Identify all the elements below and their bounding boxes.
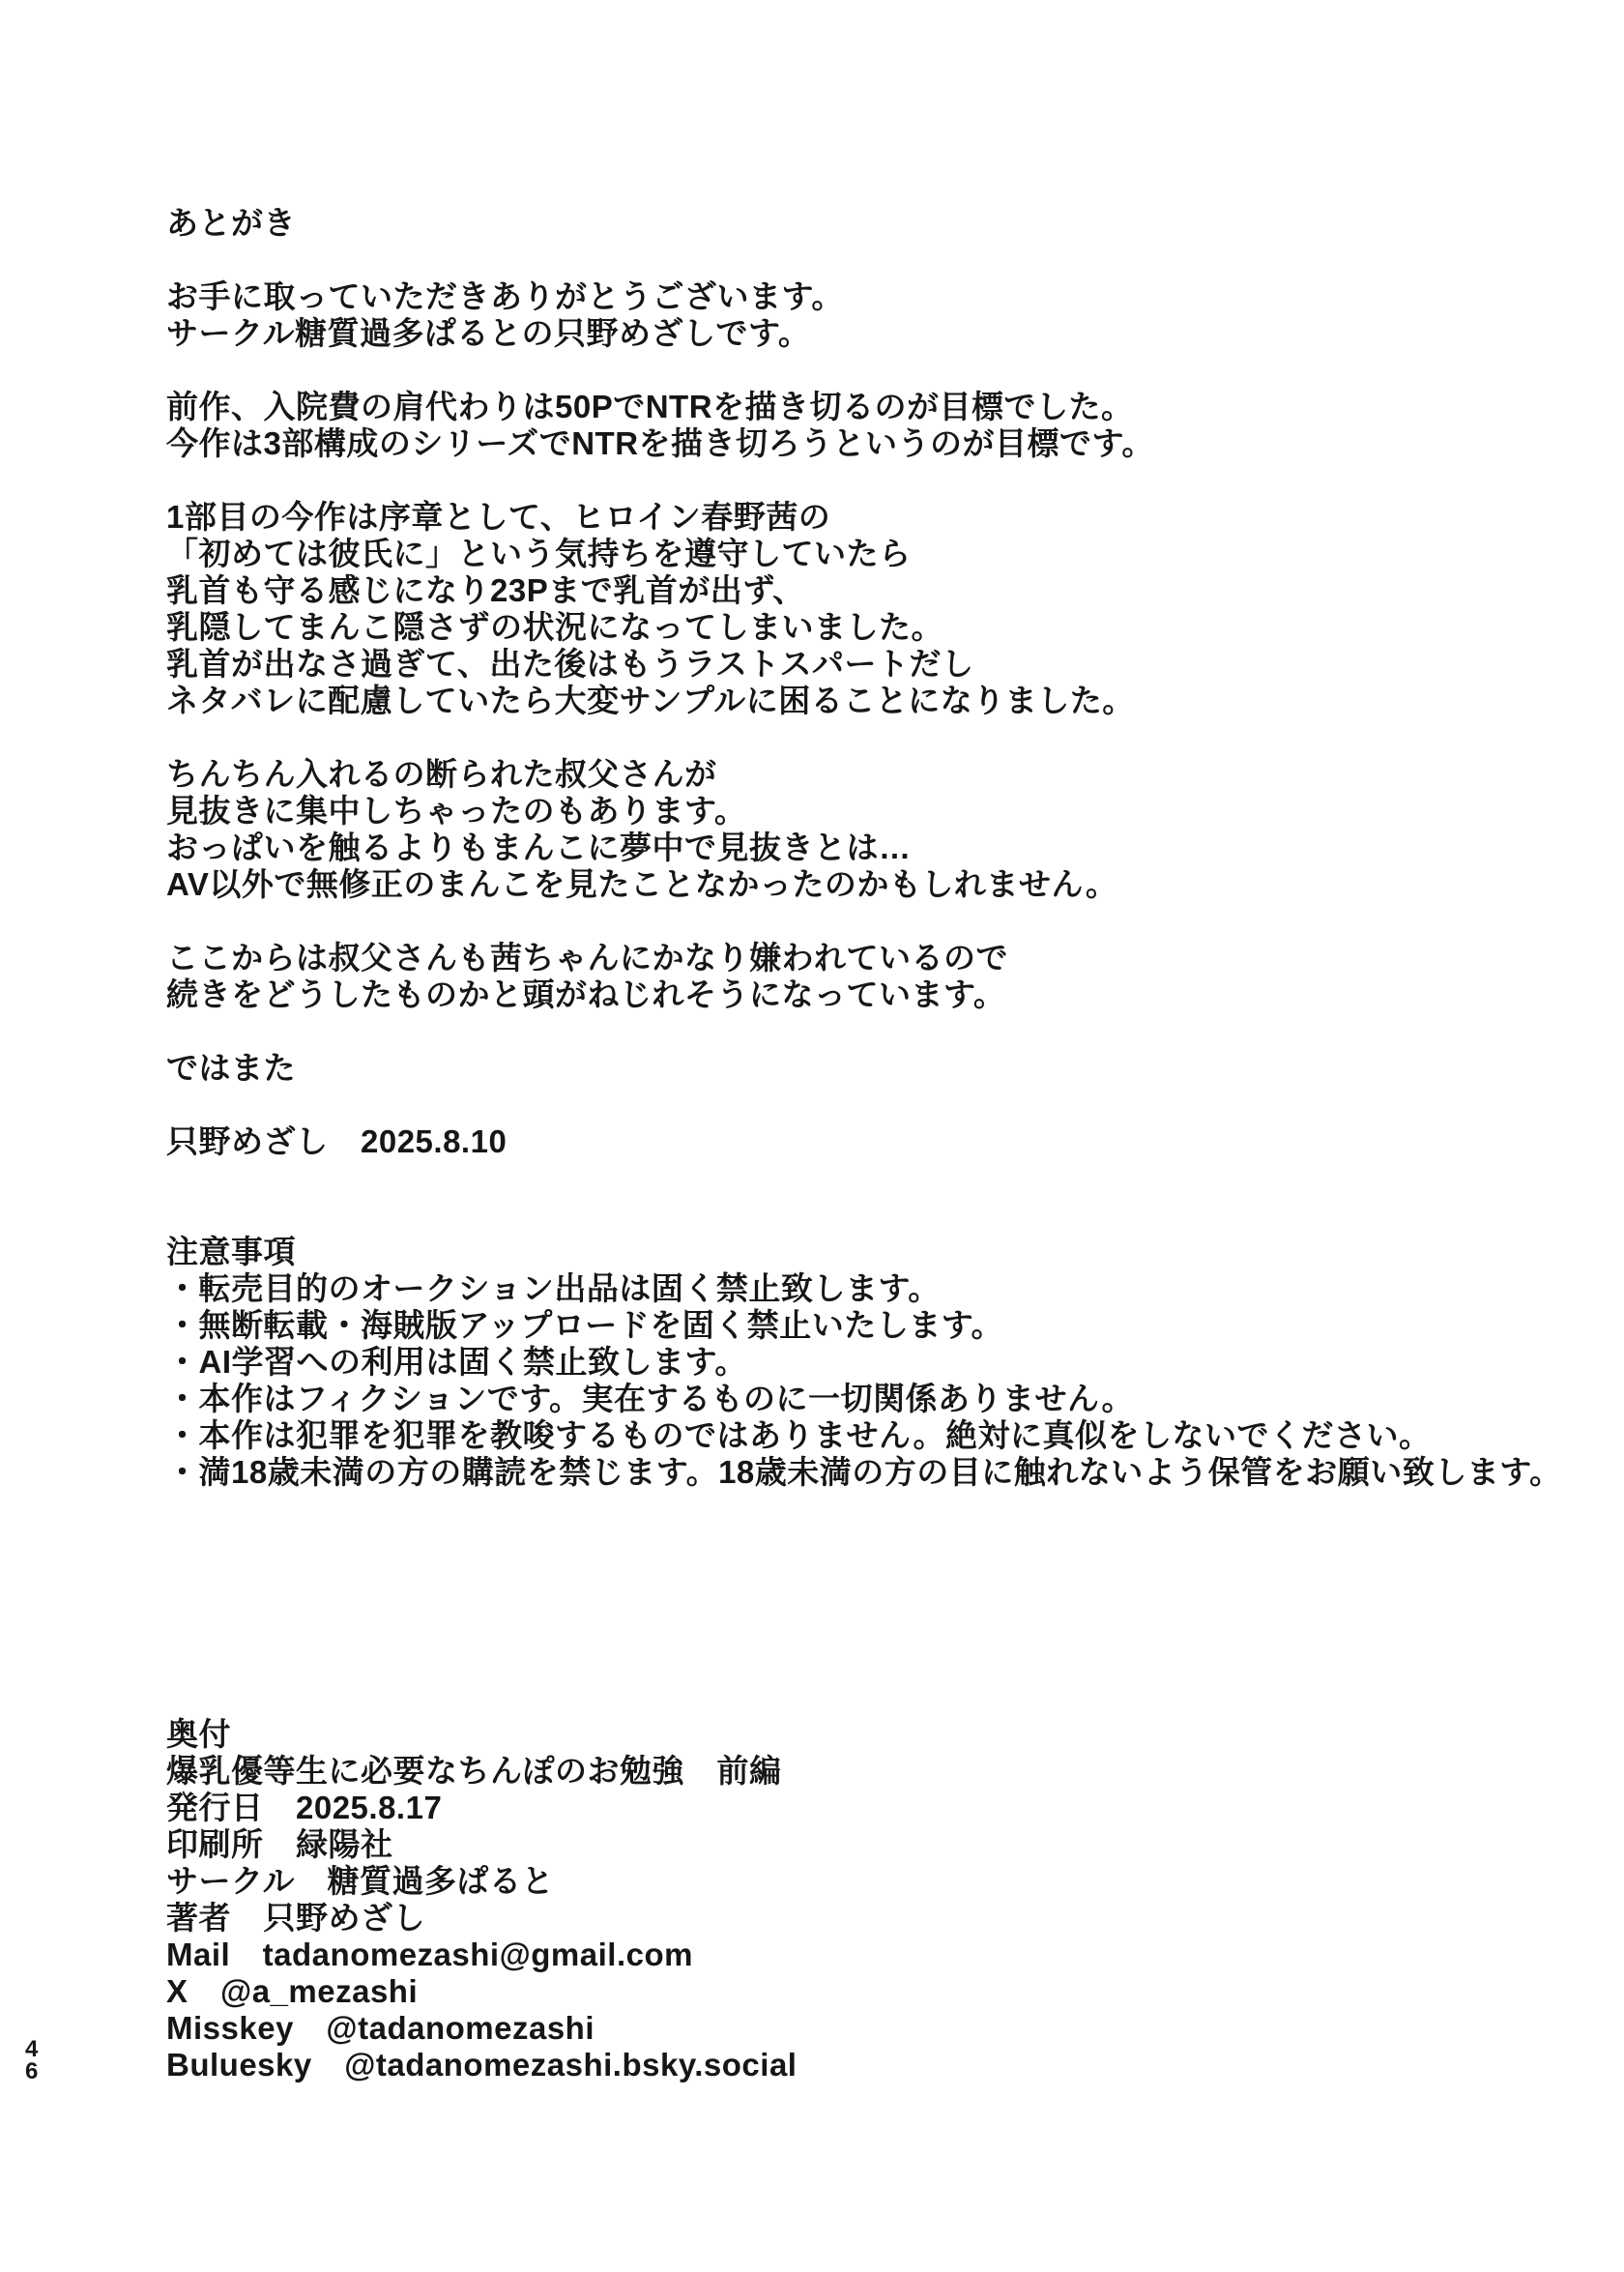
afterword-line: サークル糖質過多ぱるとの只野めざしです。 [166,315,1566,352]
notice-item: ・本作は犯罪を犯罪を教唆するものではありません。絶対に真似をしないでください。 [166,1417,1566,1454]
afterword-line: 乳隠してまんこ隠さずの状況になってしまいました。 [166,609,1566,646]
colophon-circle: サークル 糖質過多ぱると [166,1863,1566,1900]
afterword-closing: ではまた [166,1050,1566,1087]
afterword-line: おっぱいを触るよりもまんこに夢中で見抜きとは… [166,830,1566,866]
colophon-author: 著者 只野めざし [166,1900,1566,1937]
afterword-line: 続きをどうしたものかと頭がねじれそうになっています。 [166,976,1566,1013]
notice-item: ・本作はフィクションです。実在するものに一切関係ありません。 [166,1381,1566,1417]
colophon-publish-date: 発行日 2025.8.17 [166,1790,1566,1826]
afterword-paragraph: 前作、入院費の肩代わりは50PでNTRを描き切るのが目標でした。 今作は3部構成… [166,389,1566,462]
page-number-digit: 4 [25,2038,38,2060]
notices-title: 注意事項 [166,1234,1566,1270]
colophon-title: 奥付 [166,1716,1566,1753]
notice-item: ・AI学習への利用は固く禁止致します。 [166,1344,1566,1381]
contact-bluesky: Buluesky @tadanomezashi.bsky.social [166,2047,1566,2083]
afterword-line: 「初めては彼氏に」という気持ちを遵守していたら [166,536,1566,572]
afterword-line: 1部目の今作は序章として、ヒロイン春野茜の [166,499,1566,536]
contact-misskey: Misskey @tadanomezashi [166,2010,1566,2047]
afterword-line: お手に取っていただきありがとうございます。 [166,278,1566,315]
page-number: 4 6 [25,2038,38,2083]
afterword-section: あとがき お手に取っていただきありがとうございます。 サークル糖質過多ぱるとの只… [166,205,1566,1160]
notice-item: ・無断転載・海賊版アップロードを固く禁止いたします。 [166,1307,1566,1344]
afterword-line: 見抜きに集中しちゃったのもあります。 [166,793,1566,830]
contact-mail: Mail tadanomezashi@gmail.com [166,1937,1566,1973]
afterword-title: あとがき [166,205,1566,242]
colophon-printer: 印刷所 緑陽社 [166,1826,1566,1863]
afterword-paragraph: ここからは叔父さんも茜ちゃんにかなり嫌われているので 続きをどうしたものかと頭が… [166,940,1566,1013]
afterword-line: 乳首が出なさ過ぎて、出た後はもうラストスパートだし [166,646,1566,683]
afterword-line: ネタバレに配慮していたら大変サンプルに困ることになりました。 [166,683,1566,719]
afterword-line: 乳首も守る感じになり23Pまで乳首が出ず、 [166,572,1566,609]
afterword-line: 前作、入院費の肩代わりは50PでNTRを描き切るのが目標でした。 [166,389,1566,425]
page-number-digit: 6 [25,2060,38,2083]
notices-section: 注意事項 ・転売目的のオークション出品は固く禁止致します。 ・無断転載・海賊版ア… [166,1234,1566,1491]
manga-afterword-page: あとがき お手に取っていただきありがとうございます。 サークル糖質過多ぱるとの只… [0,0,1624,2272]
colophon-section: 奥付 爆乳優等生に必要なちんぽのお勉強 前編 発行日 2025.8.17 印刷所… [166,1716,1566,2083]
afterword-line: ちんちん入れるの断られた叔父さんが [166,756,1566,793]
notice-item: ・転売目的のオークション出品は固く禁止致します。 [166,1270,1566,1307]
afterword-line: AV以外で無修正のまんこを見たことなかったのかもしれません。 [166,866,1566,903]
afterword-line: 今作は3部構成のシリーズでNTRを描き切ろうというのが目標です。 [166,425,1566,462]
afterword-paragraph: 1部目の今作は序章として、ヒロイン春野茜の 「初めては彼氏に」という気持ちを遵守… [166,499,1566,719]
afterword-line: ここからは叔父さんも茜ちゃんにかなり嫌われているので [166,940,1566,976]
afterword-signature: 只野めざし 2025.8.10 [166,1123,1566,1160]
notice-item: ・満18歳未満の方の購読を禁じます。18歳未満の方の目に触れないよう保管をお願い… [166,1454,1566,1491]
afterword-paragraph: お手に取っていただきありがとうございます。 サークル糖質過多ぱるとの只野めざしで… [166,278,1566,352]
contact-x: X @a_mezashi [166,1973,1566,2010]
afterword-line: ではまた [166,1050,1566,1087]
colophon-book-title: 爆乳優等生に必要なちんぽのお勉強 前編 [166,1753,1566,1790]
page-content: あとがき お手に取っていただきありがとうございます。 サークル糖質過多ぱるとの只… [166,205,1566,2083]
author-signature-date: 只野めざし 2025.8.10 [166,1123,1566,1160]
afterword-paragraph: ちんちん入れるの断られた叔父さんが 見抜きに集中しちゃったのもあります。 おっぱ… [166,756,1566,903]
